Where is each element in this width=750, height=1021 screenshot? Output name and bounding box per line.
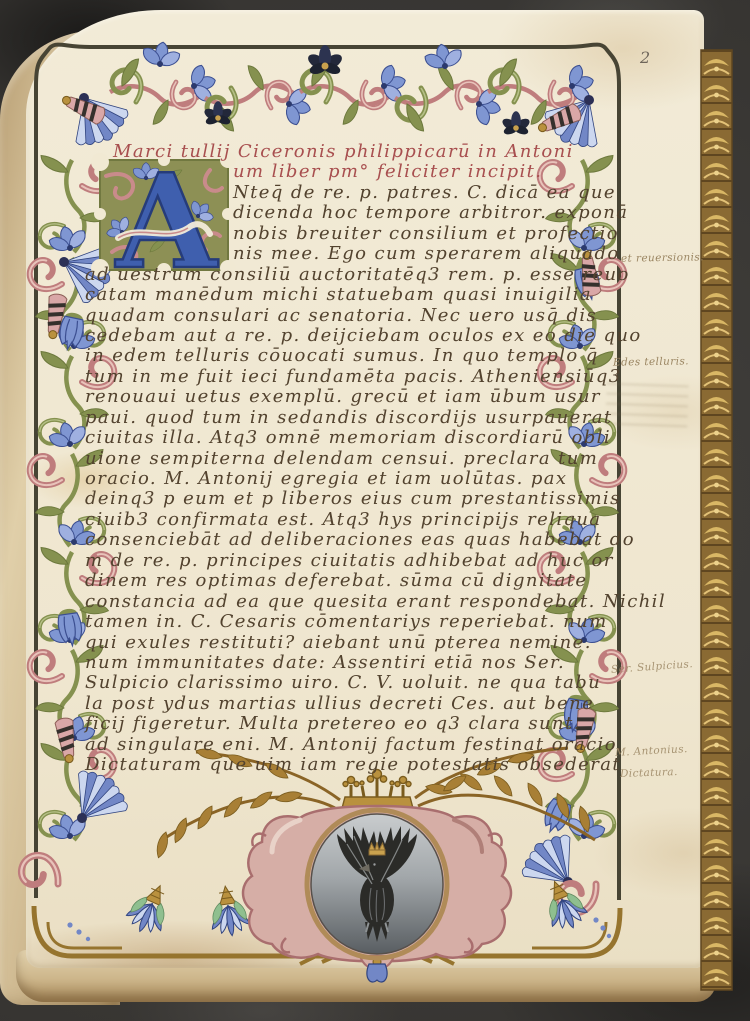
text-line: qui exules restituti? aiebant unū pterea… (85, 632, 630, 652)
text-line: m de re. p. principes ciuitatis adhibeba… (85, 550, 630, 570)
text-line: ficij figeretur. Multa pretereo eo q3 cl… (85, 713, 630, 733)
text-line: quadam consulari ac senatoria. Nec uero … (85, 305, 630, 325)
text-line: consenciebāt ad deliberaciones eas quas … (85, 529, 630, 549)
text-line: nobis breuiter consilium et profectio (233, 223, 630, 243)
marginal-note: Dictatura. (620, 766, 678, 780)
text-line: deinq3 p eum et p liberos eius cum prest… (85, 488, 630, 508)
text-line: tum in me fuit ieci fundamēta pacis. Ath… (85, 366, 630, 386)
text-line: tamen in. C. Cesaris cōmentariys reperie… (85, 611, 630, 631)
gilt-fore-edge (701, 50, 732, 990)
text-line: in edem telluris cōuocati sumus. In quo … (85, 345, 630, 365)
manuscript-photo: A Marci tullij Ciceronis philippicarū in… (0, 0, 750, 1021)
rubric-line: um liber pm° feliciter incipit. (233, 161, 630, 181)
text-line: la post ydus martias ullius decreti Ces.… (85, 693, 630, 713)
text-line: ciuib3 confirmata est. Atq3 hys principi… (85, 509, 630, 529)
rubric-line: Marci tullij Ciceronis philippicarū in A… (113, 141, 630, 161)
text-line: Dictaturam que uim iam regie potestatis … (85, 754, 630, 774)
text-line: renouaui uetus exemplū. grecū et iam ūbu… (85, 386, 630, 406)
text-line: uione sempiterna delendam censui. precla… (85, 448, 630, 468)
text-line: catam manēdum michi statuebam quasi inui… (85, 284, 630, 304)
text-line: paui. quod tum in sedandis discordijs us… (85, 407, 630, 427)
text-line: Sulpicio clarissimo uiro. C. V. uoluit. … (85, 672, 630, 692)
text-line: ciuitas illa. Atq3 omnē memoriam discord… (85, 427, 630, 447)
text-line: cedebam aut a re. p. deijciebam oculos e… (85, 325, 630, 345)
text-line: dicenda hoc tempore arbitror. exponā (233, 202, 630, 222)
folio-number: 2 (640, 48, 650, 67)
marginal-note: et reuersionis. (621, 251, 704, 264)
text-line: num immunitates date: Assentiri etiā nos… (85, 652, 630, 672)
text-line: dinem res optimas deferebat. sūma cū dig… (85, 570, 630, 590)
text-line: ad singulare eni. M. Antonij factum fest… (85, 734, 630, 754)
marginal-note: Edes telluris. (613, 355, 689, 368)
manuscript-text-block: Marci tullij Ciceronis philippicarū in A… (85, 141, 630, 775)
text-line: Nteq̄ de re. p. patres. C. dicā ea que (233, 182, 630, 202)
text-line: nis mee. Ego cum sperarem aliquado (233, 243, 630, 263)
text-line: constancia ad ea que quesita erant respo… (85, 591, 630, 611)
text-line: oracio. M. Antonij egregia et iam uolūta… (85, 468, 630, 488)
text-line: ad uestrum consiliū auctoritatēq3 rem. p… (85, 264, 630, 284)
